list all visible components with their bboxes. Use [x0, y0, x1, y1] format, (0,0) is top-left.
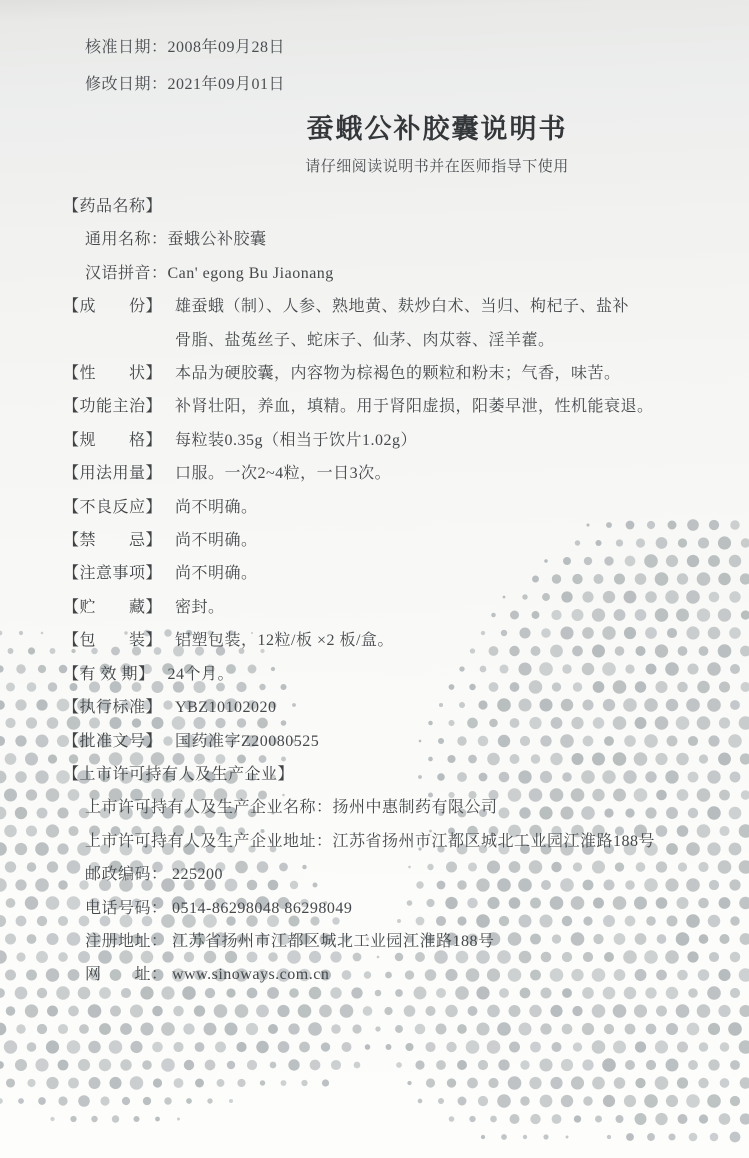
usage-advisory-subtitle: 请仔细阅读说明书并在医师指导下使用: [101, 156, 749, 178]
spec-row: 【成 份】雄蚕蛾（制）、人参、熟地黄、麸炒白术、当归、枸杞子、盐补 骨脂、盐菟丝…: [63, 290, 735, 357]
spec-row: 【用法用量】口服。一次2~4粒，一日3次。: [63, 457, 735, 490]
section-value: 上市许可持有人及生产企业地址：江苏省扬州市江都区城北工业园江淮路188号: [85, 825, 735, 858]
section-value: 雄蚕蛾（制）、人参、熟地黄、麸炒白术、当归、枸杞子、盐补 骨脂、盐菟丝子、蛇床子…: [175, 290, 735, 357]
spec-row: 网 址： www.sinoways.com.cn: [63, 958, 735, 991]
spec-row: 【功能主治】补肾壮阳，养血，填精。用于肾阳虚损，阳萎早泄，性机能衰退。: [63, 390, 735, 423]
leaflet-content: 核准日期：2008年09月28日 修改日期：2021年09月01日 蚕蛾公补胶囊…: [0, 0, 749, 1158]
section-label: 【上市许可持有人及生产企业】: [63, 758, 294, 791]
spec-row: 注册地址： 江苏省扬州市江都区城北工业园江淮路188号: [63, 925, 735, 958]
section-label: 【规 格】: [63, 424, 162, 457]
section-value: 口服。一次2~4粒，一日3次。: [175, 457, 735, 490]
spec-row: 邮政编码： 225200: [63, 858, 735, 891]
spec-row: 通用名称：蚕蛾公补胶囊: [63, 223, 735, 256]
section-label: 【包 装】: [63, 624, 162, 657]
spec-row: 【上市许可持有人及生产企业】: [63, 758, 735, 791]
section-value: 邮政编码： 225200: [85, 858, 735, 891]
spec-row: 【批准文号】国药准字Z20080525: [63, 725, 735, 758]
section-label: 【用法用量】: [63, 457, 162, 490]
spec-row: 【药品名称】: [63, 190, 735, 223]
spec-row: 【不良反应】尚不明确。: [63, 491, 735, 524]
section-value: 通用名称：蚕蛾公补胶囊: [85, 223, 735, 256]
section-label: 【贮 藏】: [63, 591, 162, 624]
section-value: 铝塑包装，12粒/板 ×2 板/盒。: [175, 624, 735, 657]
spec-row: 上市许可持有人及生产企业地址：江苏省扬州市江都区城北工业园江淮路188号: [63, 825, 735, 858]
section-label: 【不良反应】: [63, 491, 162, 524]
section-label: 【批准文号】: [63, 725, 162, 758]
section-label: 【注意事项】: [63, 557, 162, 590]
section-value: 网 址： www.sinoways.com.cn: [85, 958, 735, 991]
spec-row: 【贮 藏】密封。: [63, 591, 735, 624]
section-value: 尚不明确。: [175, 491, 735, 524]
approval-date-line: 核准日期：2008年09月28日: [85, 38, 735, 58]
leaflet-page: 核准日期：2008年09月28日 修改日期：2021年09月01日 蚕蛾公补胶囊…: [0, 0, 749, 1158]
section-value: 每粒装0.35g（相当于饮片1.02g）: [175, 424, 735, 457]
spec-row: 【禁 忌】尚不明确。: [63, 524, 735, 557]
section-value: 汉语拼音：Can' egong Bu Jiaonang: [85, 257, 735, 290]
section-value: 本品为硬胶囊，内容物为棕褐色的颗粒和粉末；气香，味苦。: [175, 357, 735, 390]
revision-date-line: 修改日期：2021年09月01日: [85, 75, 735, 95]
page-title: 蚕蛾公补胶囊说明书: [101, 112, 749, 146]
spec-row: 电话号码： 0514-86298048 86298049: [63, 892, 735, 925]
spec-row: 【包 装】铝塑包装，12粒/板 ×2 板/盒。: [63, 624, 735, 657]
spec-row: 【有 效 期】24个月。: [63, 658, 735, 691]
spec-row: 【性 状】本品为硬胶囊，内容物为棕褐色的颗粒和粉末；气香，味苦。: [63, 357, 735, 390]
section-value: 密封。: [175, 591, 735, 624]
document-header: 蚕蛾公补胶囊说明书 请仔细阅读说明书并在医师指导下使用: [101, 112, 749, 178]
section-value: 24个月。: [168, 658, 735, 691]
section-value: 注册地址： 江苏省扬州市江都区城北工业园江淮路188号: [85, 925, 735, 958]
section-label: 【功能主治】: [63, 390, 162, 423]
section-value: 补肾壮阳，养血，填精。用于肾阳虚损，阳萎早泄，性机能衰退。: [175, 390, 735, 423]
section-label: 【性 状】: [63, 357, 162, 390]
spec-row: 【执行标准】YBZ10102020: [63, 691, 735, 724]
section-label: 【禁 忌】: [63, 524, 162, 557]
section-value: YBZ10102020: [175, 691, 735, 724]
spec-row: 上市许可持有人及生产企业名称：扬州中惠制药有限公司: [63, 791, 735, 824]
leaflet-body: 【药品名称】通用名称：蚕蛾公补胶囊汉语拼音：Can' egong Bu Jiao…: [63, 190, 735, 992]
spec-row: 【规 格】每粒装0.35g（相当于饮片1.02g）: [63, 424, 735, 457]
section-label: 【有 效 期】: [63, 658, 155, 691]
section-value: 尚不明确。: [175, 557, 735, 590]
section-label: 【成 份】: [63, 290, 162, 323]
section-value: 电话号码： 0514-86298048 86298049: [85, 892, 735, 925]
spec-row: 【注意事项】尚不明确。: [63, 557, 735, 590]
section-value: 上市许可持有人及生产企业名称：扬州中惠制药有限公司: [85, 791, 735, 824]
section-value: 尚不明确。: [175, 524, 735, 557]
section-label: 【执行标准】: [63, 691, 162, 724]
section-label: 【药品名称】: [63, 190, 162, 223]
spec-row: 汉语拼音：Can' egong Bu Jiaonang: [63, 257, 735, 290]
section-value: 国药准字Z20080525: [175, 725, 735, 758]
